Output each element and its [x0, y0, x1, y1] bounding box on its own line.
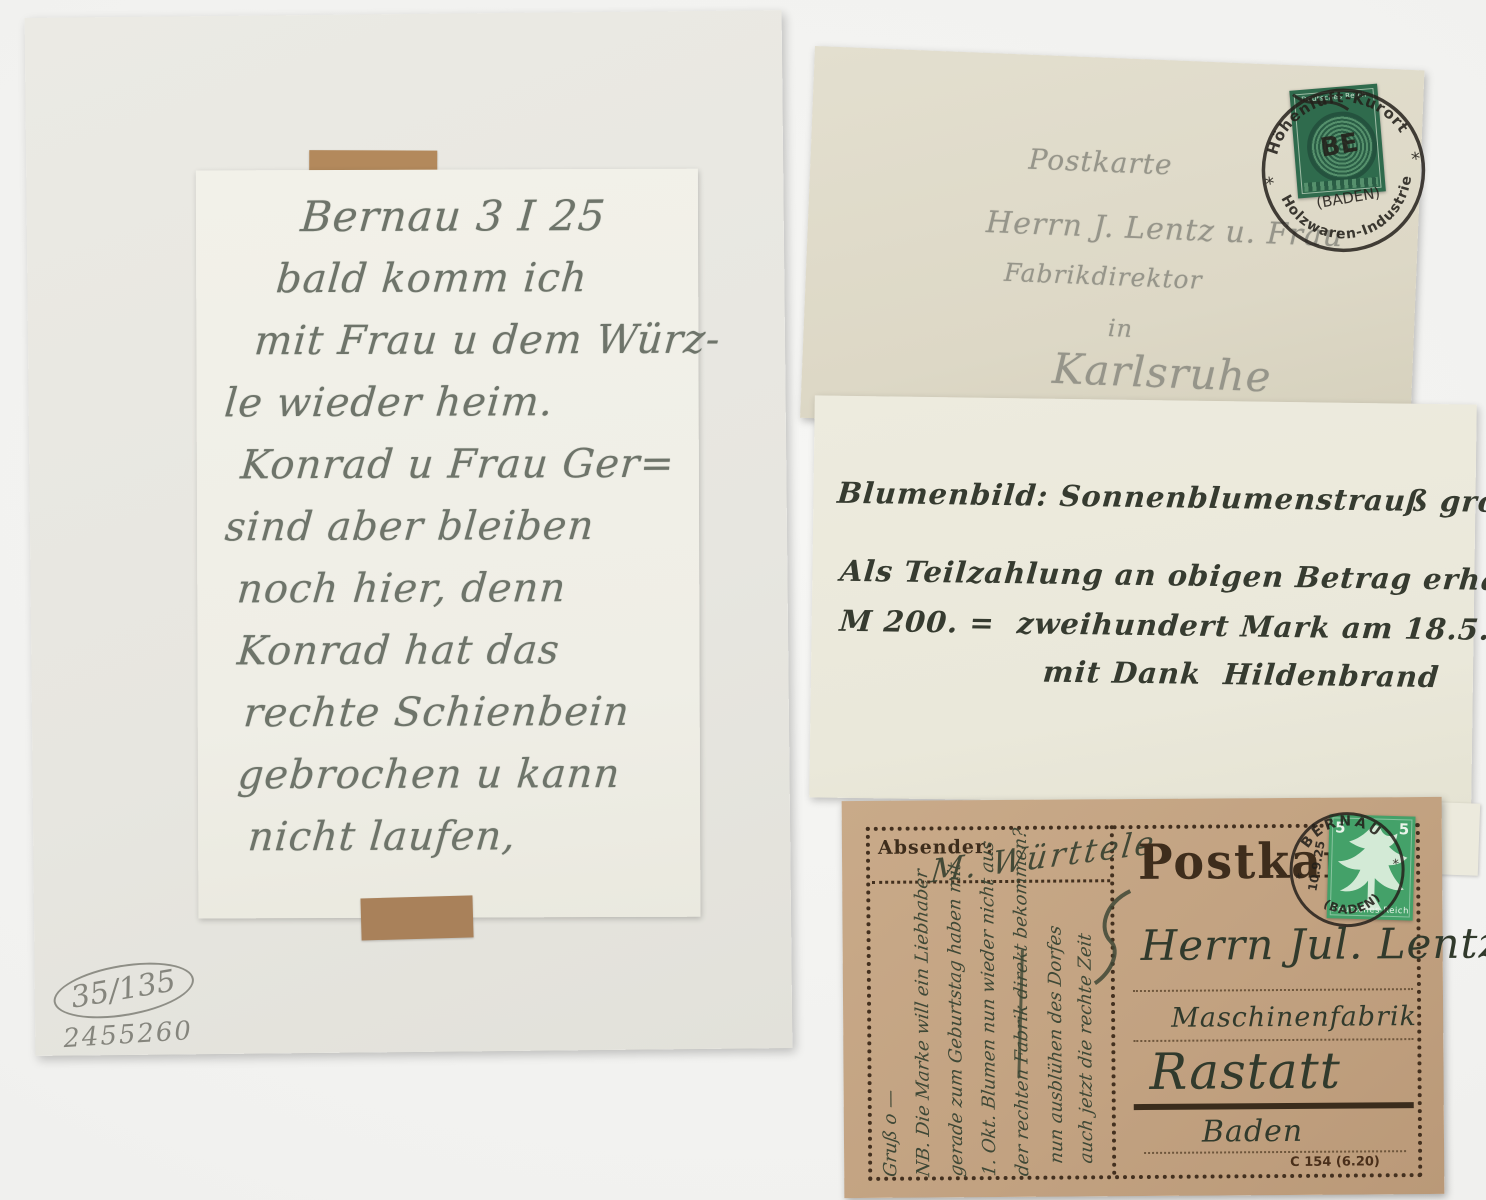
- postcard-postmark: BERNAU (BADEN) 10.9.25 * *: [1274, 797, 1419, 942]
- message-flourish: [1094, 891, 1131, 983]
- letter-line: gebrochen u kann: [235, 743, 702, 807]
- letter-line: rechte Schienbein: [241, 681, 702, 745]
- message-column: 1. Okt. Blumen nun wieder nicht aus: [971, 882, 1006, 1178]
- letter-line: le wieder heim.: [222, 371, 701, 435]
- postmark-star-left: *: [1295, 871, 1304, 887]
- letter-line: nicht laufen,: [246, 805, 703, 869]
- postmark-arc-bottom: Holzwaren-Industrie: [1277, 171, 1425, 253]
- svg-text:(BADEN): (BADEN): [1320, 889, 1386, 921]
- postmark-town: BE: [1318, 128, 1360, 164]
- letter-line: noch hier, denn: [235, 557, 702, 621]
- envelope-addressee-title: Fabrikdirektor: [1003, 258, 1203, 295]
- imprint-code: C 154 (6.20): [1290, 1154, 1380, 1170]
- letter-line: Konrad hat das: [235, 619, 702, 683]
- handwritten-letter: Bernau 3 I 25 bald komm ich mit Frau u d…: [196, 169, 701, 919]
- letter-line: Konrad u Frau Ger=: [238, 433, 701, 497]
- svg-text:Holzwaren-Industrie: Holzwaren-Industrie: [1277, 171, 1425, 253]
- message-column: NB. Die Marke will ein Liebhaber: [905, 882, 940, 1178]
- receipt-signature-line: mit Dank Hildenbrand: [1042, 655, 1441, 694]
- letter-line: sind aber bleiben: [222, 495, 701, 559]
- postmark-arc-bottom: (BADEN): [1320, 889, 1386, 921]
- postmark-region: (BADEN): [1315, 184, 1382, 213]
- receipt-line: Blumenbild: Sonnenblumenstrauß groß M 80…: [836, 476, 1486, 522]
- postmark-star-right: *: [1392, 857, 1401, 873]
- backing-board: Bernau 3 I 25 bald komm ich mit Frau u d…: [25, 10, 793, 1056]
- message-column: der rechten Fabrik direkt bekommen?: [1004, 882, 1039, 1178]
- message-column: nun ausblühen des Dorfes: [1040, 890, 1072, 1166]
- message-column: Gruß o —: [872, 883, 907, 1179]
- address-region: Baden: [1202, 1114, 1303, 1150]
- letter-line: mit Frau u dem Würz-: [252, 309, 701, 373]
- envelope-notation: Postkarte: [1028, 143, 1173, 182]
- letter-line: Bernau 3 I 25: [298, 185, 700, 248]
- receipt-corner-behind-postcard: [1436, 802, 1480, 875]
- envelope-preposition: in: [1107, 314, 1133, 343]
- receipt-line: Als Teilzahlung an obigen Betrag erhalte…: [839, 554, 1486, 598]
- postcard: Absender: M. Württele Postkarte Gruß o —…: [842, 797, 1445, 1198]
- tape-bottom: [360, 895, 473, 940]
- envelope: Postkarte Herrn J. Lentz u. Frau Fabrikd…: [800, 46, 1424, 442]
- address-city: Rastatt: [1149, 1042, 1341, 1101]
- address-company: Maschinenfabrik: [1171, 1001, 1417, 1034]
- receipt-line: M 200. = zweihundert Mark am 18.5.25: [838, 604, 1486, 648]
- envelope-postmark: Höhenluft-Kurort Holzwaren-Industrie BE …: [1241, 68, 1446, 273]
- inventory-annotation: 35/135 2455260: [53, 964, 195, 1050]
- receipt-card: Blumenbild: Sonnenblumenstrauß groß M 80…: [809, 395, 1477, 806]
- letter-line: bald komm ich: [274, 247, 701, 310]
- negative-number: 2455260: [62, 1016, 195, 1054]
- photo-backdrop: Bernau 3 I 25 bald komm ich mit Frau u d…: [0, 0, 1486, 1200]
- message-column: gerade zum Geburtstag haben mit: [938, 882, 973, 1178]
